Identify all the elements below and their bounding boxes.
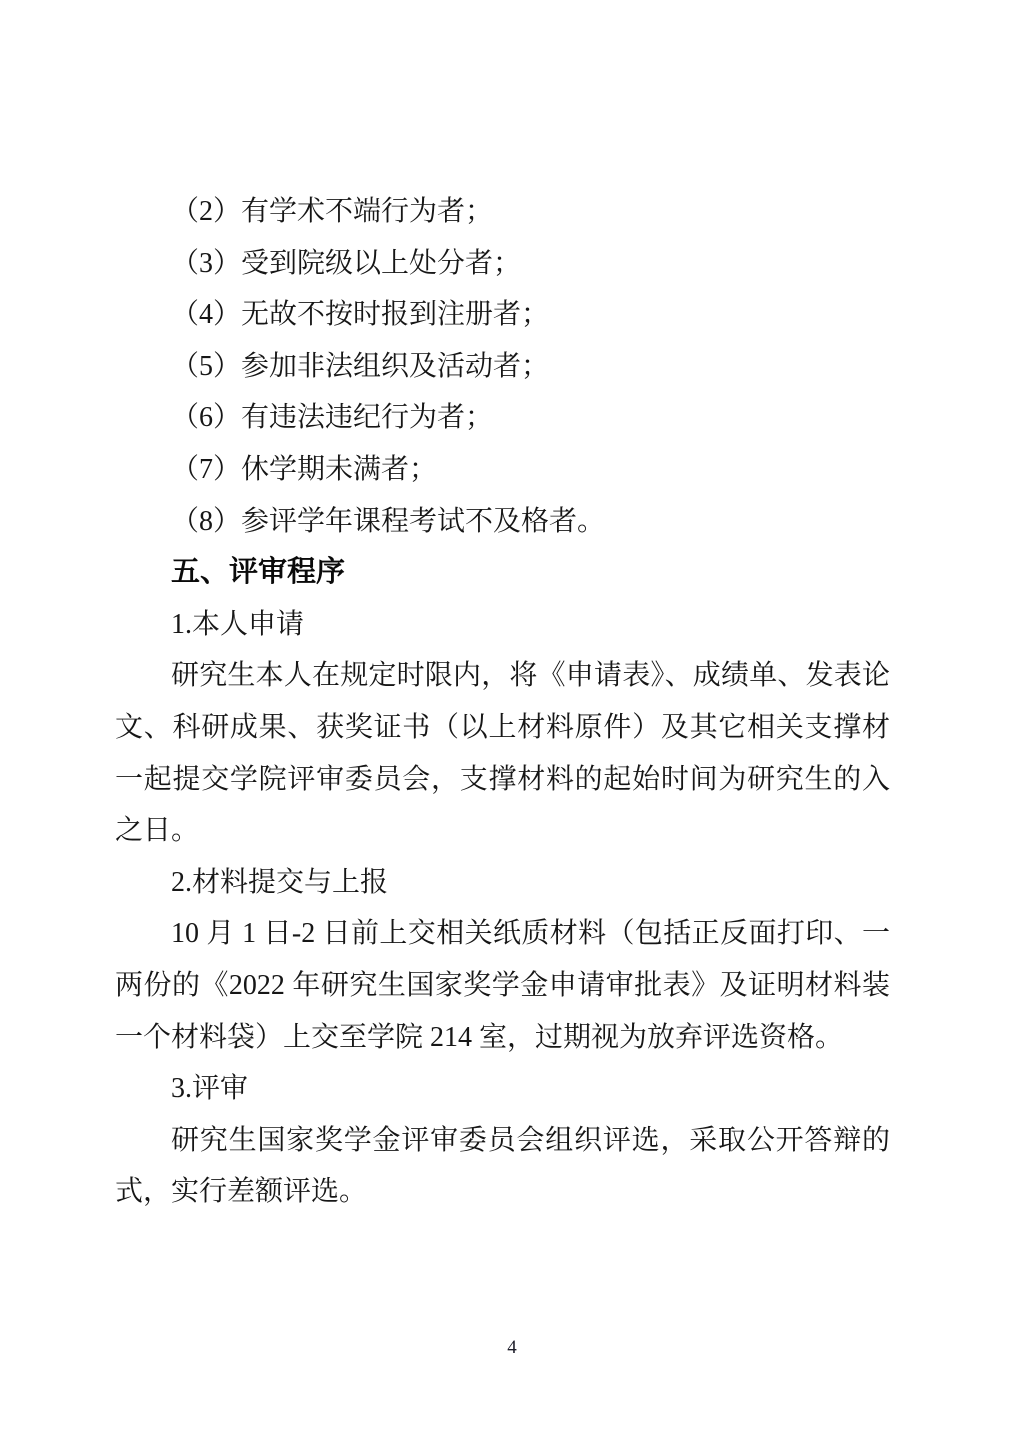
document-text-block: （2）有学术不端行为者； （3）受到院级以上处分者； （4）无故不按时报到注册者… <box>115 186 890 1218</box>
list-item-8: （8）参评学年课程考试不及格者。 <box>115 496 890 548</box>
paragraph-line: 一起提交学院评审委员会，支撑材料的起始时间为研究生的入学 <box>115 754 890 806</box>
list-item-4: （4）无故不按时报到注册者； <box>115 289 890 341</box>
list-item-7: （7）休学期未满者； <box>115 444 890 496</box>
paragraph-line: 10 月 1 日-2 日前上交相关纸质材料（包括正反面打印、一式 <box>115 908 890 960</box>
paragraph-line: 之日。 <box>115 805 890 857</box>
paragraph-line: 式，实行差额评选。 <box>115 1166 890 1218</box>
list-item-3: （3）受到院级以上处分者； <box>115 238 890 290</box>
list-item-5: （5）参加非法组织及活动者； <box>115 341 890 393</box>
paragraph-line: 一个材料袋）上交至学院 214 室，过期视为放弃评选资格。 <box>115 1012 890 1064</box>
subsection-2-heading: 2.材料提交与上报 <box>115 857 890 909</box>
paragraph-line: 文、科研成果、获奖证书（以上材料原件）及其它相关支撑材料 <box>115 702 890 754</box>
document-page: （2）有学术不端行为者； （3）受到院级以上处分者； （4）无故不按时报到注册者… <box>0 0 1024 1448</box>
subsection-3-heading: 3.评审 <box>115 1063 890 1115</box>
subsection-1-heading: 1.本人申请 <box>115 599 890 651</box>
paragraph-line: 研究生国家奖学金评审委员会组织评选，采取公开答辩的方 <box>115 1115 890 1167</box>
section-heading: 五、评审程序 <box>115 547 890 599</box>
page-number: 4 <box>0 1334 1024 1362</box>
paragraph-line: 研究生本人在规定时限内，将《申请表》、成绩单、发表论 <box>115 650 890 702</box>
paragraph-line: 两份的《2022 年研究生国家奖学金申请审批表》及证明材料装入 <box>115 960 890 1012</box>
list-item-2: （2）有学术不端行为者； <box>115 186 890 238</box>
list-item-6: （6）有违法违纪行为者； <box>115 392 890 444</box>
